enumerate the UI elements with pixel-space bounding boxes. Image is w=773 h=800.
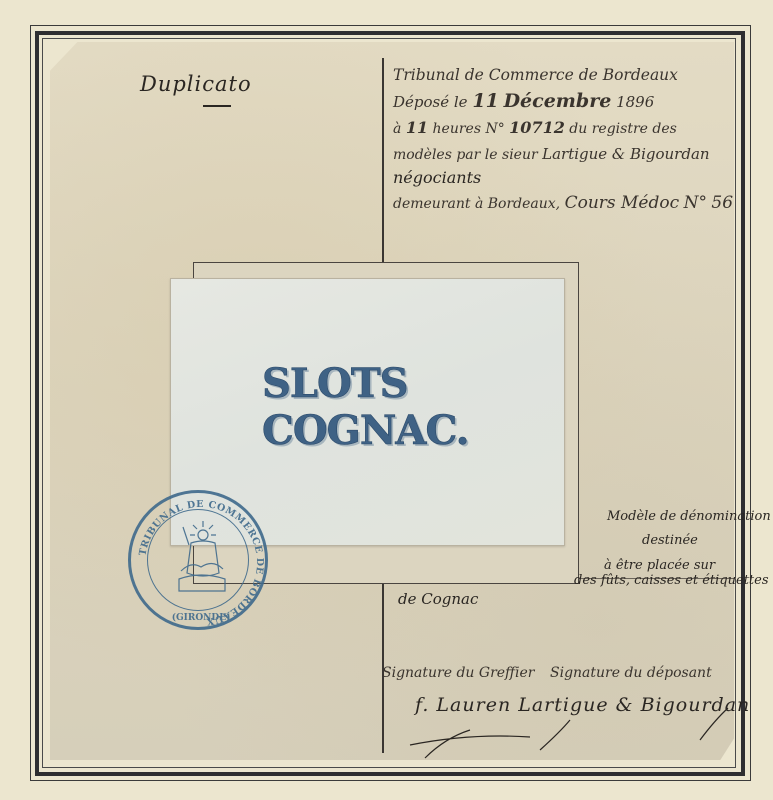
register-number: 10712: [509, 118, 565, 137]
description-line-1: Modèle de dénomination: [607, 509, 771, 524]
tribunal-seal-stamp: TRIBUNAL DE COMMERCE DE BORDEAUX (GIROND…: [128, 490, 268, 630]
address-prefix: demeurant à Bordeaux,: [393, 196, 560, 212]
register-suffix: du registre des: [569, 121, 677, 137]
svg-text:(GIRONDE): (GIRONDE): [172, 612, 231, 623]
description-line-3: à être placée sur: [604, 558, 715, 573]
description-line-5: de Cognac: [398, 590, 478, 608]
court-title: Tribunal de Commerce de Bordeaux: [393, 66, 678, 84]
models-prefix: modèles par le sieur: [393, 147, 538, 163]
hour-label: heures: [433, 121, 481, 137]
depositor-line: modèles par le sieur Lartigue & Bigourda…: [393, 145, 710, 163]
seal-text-and-figure-icon: TRIBUNAL DE COMMERCE DE BORDEAUX (GIROND…: [131, 493, 271, 633]
address-line: demeurant à Bordeaux, Cours Médoc N° 56: [393, 193, 733, 213]
duplicato-underline: [203, 105, 231, 107]
deposit-day: 11: [472, 90, 498, 112]
time-prefix: à: [393, 121, 401, 137]
deposit-hour: 11: [406, 118, 428, 137]
street-number: 56: [711, 193, 733, 213]
deposit-date-line: Déposé le 11 Décembre 1896: [393, 90, 654, 112]
deposit-year: 1896: [616, 93, 654, 111]
deposit-prefix: Déposé le: [393, 93, 468, 111]
street-number-label: N°: [684, 193, 707, 213]
deposit-month: Décembre: [504, 90, 612, 112]
svg-text:TRIBUNAL DE COMMERCE DE BORDEA: TRIBUNAL DE COMMERCE DE BORDEAUX: [137, 499, 265, 627]
brand-wordmark: SLOTS COGNAC.: [262, 372, 492, 442]
duplicato-note: Duplicato: [140, 72, 252, 96]
deposit-time-line: à 11 heures N° 10712 du registre des: [393, 118, 677, 137]
clerk-signature-label: Signature du Greffier: [382, 665, 534, 681]
depositor-signature-label: Signature du déposant: [550, 665, 712, 681]
signature-flourish-icon: [400, 700, 740, 760]
number-label: N°: [485, 121, 504, 137]
description-line-4: des fûts, caisses et étiquettes: [574, 573, 769, 588]
occupation: négociants: [393, 168, 481, 187]
street-name: Cours Médoc: [565, 193, 680, 213]
depositor-names: Lartigue & Bigourdan: [542, 145, 709, 163]
description-line-2: destinée: [642, 533, 698, 548]
